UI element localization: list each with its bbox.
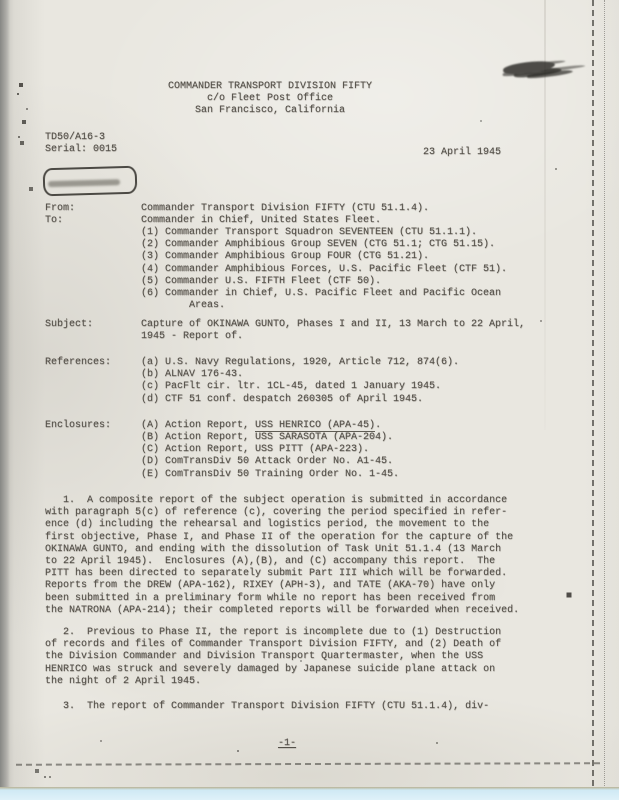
scanner-bed-bottom — [0, 787, 619, 800]
subject-label: Subject: — [45, 319, 93, 331]
hand-drawn-box — [43, 166, 138, 197]
box-smudge — [48, 179, 120, 187]
letterhead: COMMANDER TRANSPORT DIVISION FIFTY c/o F… — [20, 81, 520, 118]
ink-stamp-smudge — [503, 59, 556, 76]
subject-text: Capture of OKINAWA GUNTO, Phases I and I… — [141, 319, 525, 343]
file-number: TD50/A16-3 — [45, 132, 105, 144]
enclosures-label: Enclosures: — [45, 420, 111, 432]
paragraph-1: 1. A composite report of the subject ope… — [45, 495, 519, 617]
bottom-scan-line — [16, 762, 600, 766]
enclosure-a-prefix: (A) Action Report, — [141, 420, 255, 431]
paragraph-3: 3. The report of Commander Transport Div… — [45, 701, 489, 713]
references-label: References: — [45, 357, 111, 369]
paragraph-2: 2. Previous to Phase II, the report is i… — [45, 627, 501, 688]
scanned-document-page: COMMANDER TRANSPORT DIVISION FIFTY c/o F… — [0, 0, 619, 800]
binding-edge-dots — [604, 0, 605, 786]
binding-edge-dashes — [592, 0, 594, 786]
enclosure-a-suffix: . — [375, 420, 381, 431]
serial-number: Serial: 0015 — [45, 144, 117, 156]
enclosures-list: (B) Action Report, USS SARASOTA (APA-204… — [141, 432, 399, 481]
document-date: 23 April 1945 — [423, 147, 501, 159]
from-label: From: — [45, 203, 75, 215]
scan-edge-left — [0, 0, 10, 800]
to-value: Commander in Chief, United States Fleet. — [141, 215, 381, 227]
paper-specks — [0, 0, 2, 2]
enclosure-a-ship-underlined: USS HENRICO (APA-45) — [255, 420, 375, 432]
page-number: -1- — [262, 738, 312, 750]
to-label: To: — [45, 215, 63, 227]
enclosure-line-a: (A) Action Report, USS HENRICO (APA-45). — [141, 420, 381, 432]
from-value: Commander Transport Division FIFTY (CTU … — [141, 203, 429, 215]
references-list: (a) U.S. Navy Regulations, 1920, Article… — [141, 357, 459, 406]
addressee-list: (1) Commander Transport Squadron SEVENTE… — [141, 227, 507, 312]
